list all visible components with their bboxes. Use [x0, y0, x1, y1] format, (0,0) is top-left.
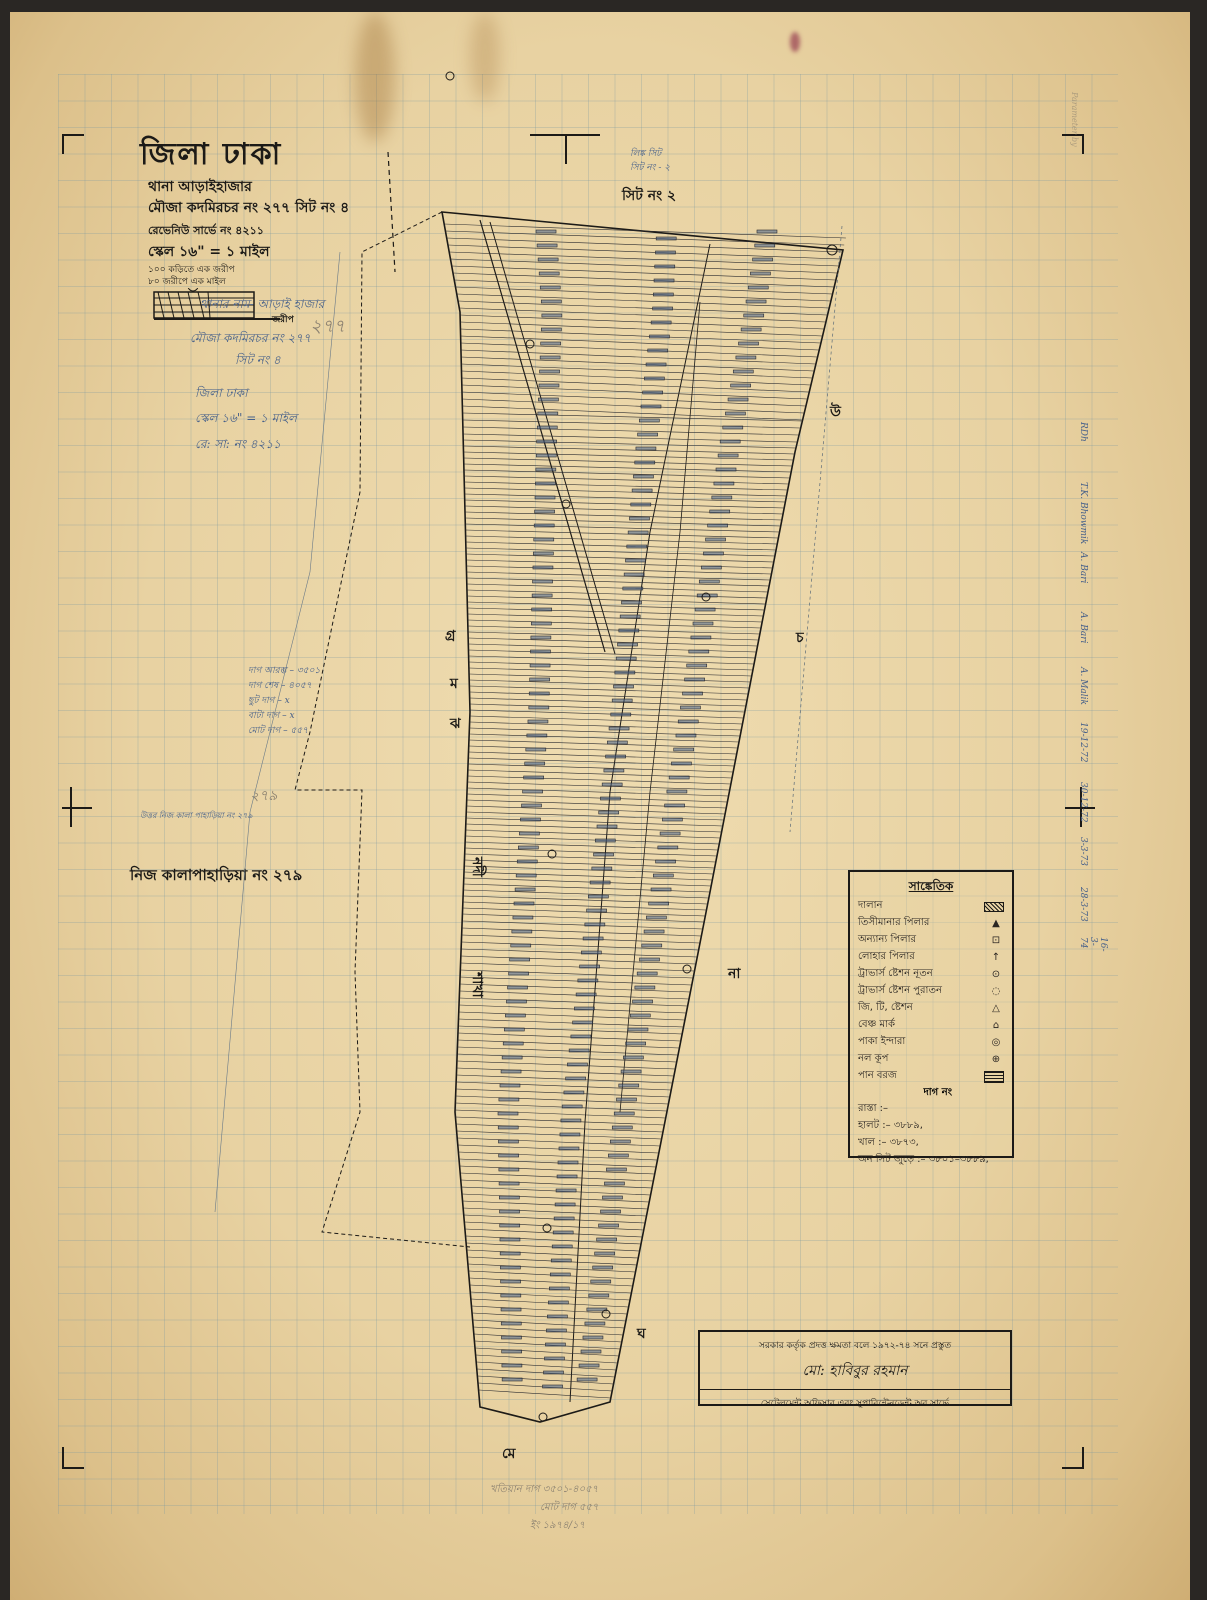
officer-signature: মো: হাবিবুর রহমান	[700, 1359, 1010, 1383]
traverse-station-new-icon: ⊙	[988, 969, 1004, 980]
certificate-text: সরকার কর্তৃক প্রদত্ত ক্ষমতা বলে ১৯৭২-৭৪ …	[700, 1338, 1010, 1353]
table-cell: T.K. Bhowmik	[1078, 482, 1088, 544]
initials: RDh	[1078, 422, 1088, 442]
legend-item: বেঞ্চ মার্ক⌂	[850, 1017, 1012, 1034]
river-letter: গ্র	[445, 624, 456, 648]
legend-item: ট্রাভার্স ষ্টেশন নূতন⊙	[850, 966, 1012, 983]
masonry-well-icon: ◎	[988, 1037, 1004, 1048]
legend-heading: সাঙ্কেতিক	[850, 878, 1012, 898]
certificate-box: সরকার কর্তৃক প্রদত্ত ক্ষমতা বলে ১৯৭২-৭৪ …	[698, 1330, 1012, 1406]
bottom-note: মোট দাগ ৫৫৭	[540, 1500, 599, 1517]
legend-item: ট্রাভার্স ষ্টেশন পুরাতন◌	[850, 983, 1012, 1000]
plot-no-heading: দাগ নং	[850, 1085, 1012, 1101]
gt-station-icon: △	[988, 1003, 1004, 1014]
table-cell: 28-3-73	[1078, 887, 1088, 922]
bottom-note: খতিয়ান দাগ ৩৫০১-৪০৫৭	[490, 1482, 598, 1499]
edge-letter: মে	[502, 1442, 515, 1466]
building-icon	[984, 902, 1004, 912]
legend-plot-line: অন সিট জুড়ে :– ৩৮০১–৩৮৮৯,	[850, 1152, 1012, 1169]
survey-record-table: Parameter by RDh T.K. Bhowmik A. Bari A.…	[1050, 82, 1110, 942]
table-cell: 3-3-73	[1078, 837, 1088, 866]
edge-letter: ঘ	[637, 1322, 646, 1346]
table-cell: A. Malik	[1078, 667, 1088, 705]
table-cell: A. Bari	[1078, 612, 1088, 643]
edge-letter: উ	[830, 400, 841, 424]
edge-letter: না	[728, 962, 740, 986]
bench-mark-icon: ⌂	[988, 1020, 1004, 1031]
legend-item: লোহার পিলার↑	[850, 949, 1012, 966]
river-letter: ঝ	[450, 712, 461, 736]
legend-item: পান বরজ	[850, 1068, 1012, 1085]
other-pillar-icon: ⊡	[988, 935, 1004, 946]
table-cell: 19-12-72	[1078, 722, 1088, 762]
legend-item: অন্যান্য পিলার⊡	[850, 932, 1012, 949]
officer-title: সেটেলমেন্ট অফিসার এবং সুপারিন্টেনডেন্ট অ…	[700, 1389, 1010, 1411]
edge-letter: চ	[796, 626, 804, 650]
legend-item: দালান	[850, 898, 1012, 915]
legend-box: সাঙ্কেতিক দালান তিসীমানার পিলার▲ অন্যান্…	[848, 870, 1014, 1158]
legend-item: তিসীমানার পিলার▲	[850, 915, 1012, 932]
river-letter: ম	[450, 672, 458, 696]
tube-well-icon: ⊕	[988, 1054, 1004, 1065]
bottom-note: ইং ১৯৭৪/১৭	[530, 1518, 585, 1535]
legend-plot-line: খাল :– ৩৮৭৩,	[850, 1135, 1012, 1152]
table-cell: 30-12-72	[1078, 782, 1088, 822]
betel-garden-icon	[984, 1071, 1004, 1083]
table-cell: 16-3-74	[1078, 937, 1108, 952]
traverse-station-old-icon: ◌	[988, 986, 1004, 997]
legend-item: পাকা ইন্দারা◎	[850, 1034, 1012, 1051]
iron-pillar-icon: ↑	[988, 952, 1004, 963]
parcel-map	[10, 12, 1190, 1600]
map-sheet: জিলা ঢাকা থানা আড়াইহাজার মৌজা কদমিরচর ন…	[10, 12, 1190, 1600]
legend-item: জি, টি, ষ্টেশন△	[850, 1000, 1012, 1017]
river-branch: শাখা	[465, 972, 489, 998]
table-cell: A. Bari	[1078, 552, 1088, 583]
legend-item: নল কূপ⊕	[850, 1051, 1012, 1068]
legend-plot-line: রাস্তা :–	[850, 1101, 1012, 1118]
legend-plot-line: হালট :– ৩৮৮৯,	[850, 1118, 1012, 1135]
river-name: নদী	[465, 857, 489, 877]
tri-junction-pillar-icon: ▲	[988, 918, 1004, 929]
